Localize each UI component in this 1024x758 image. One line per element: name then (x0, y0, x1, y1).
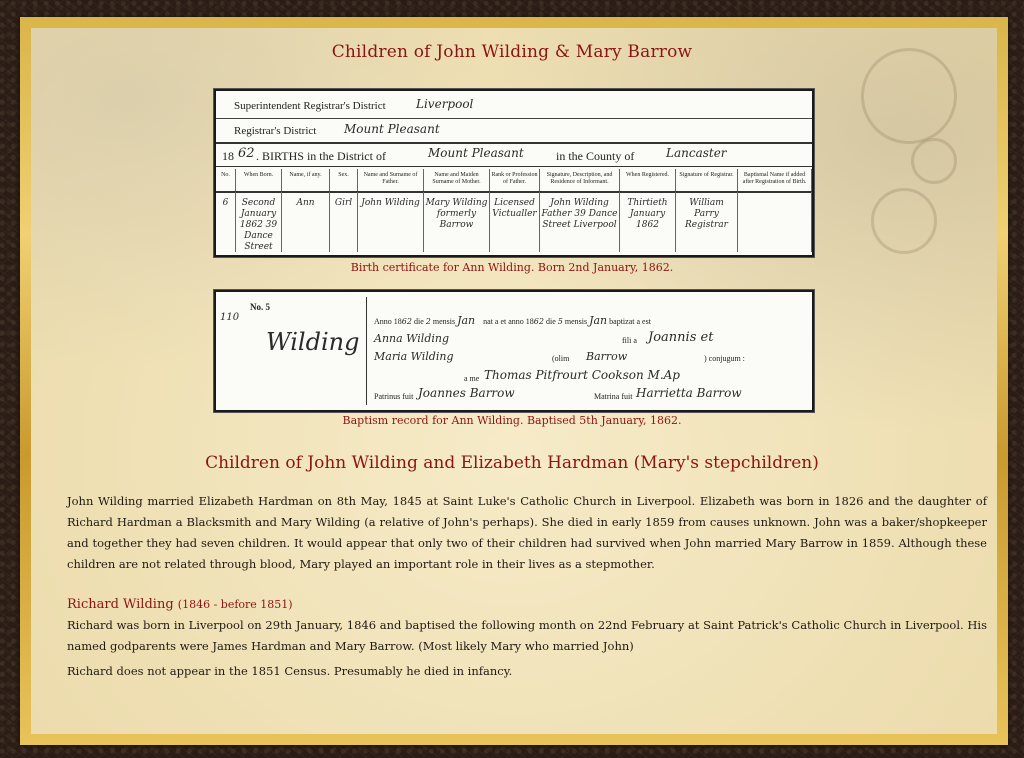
cert-column-header: Signature of Registrar. (676, 169, 738, 191)
mother-name: Maria Wilding (374, 350, 454, 363)
cert-column-header: Name, if any. (282, 169, 330, 191)
father-name: Joannis et (648, 330, 713, 345)
cert-entry-cell: Thirtieth January 1862 (620, 192, 676, 252)
year-suffix: 62 (238, 146, 255, 161)
birth-certificate-image: Superintendent Registrar's District Live… (214, 89, 814, 257)
richard-heading: Richard Wilding (1846 - before 1851) (67, 597, 293, 612)
floral-ornament (861, 48, 957, 144)
cert-column-header: When Registered. (620, 169, 676, 191)
section-title: Children of John Wilding and Elizabeth H… (0, 453, 1024, 473)
birth-certificate-caption: Birth certificate for Ann Wilding. Born … (0, 261, 1024, 274)
surname: Wilding (266, 328, 359, 356)
county-label: in the County of (556, 149, 634, 164)
floral-ornament (911, 138, 957, 184)
cert-entry-cell: Licensed Victualler (490, 192, 540, 252)
godmother-name: Harrietta Barrow (636, 386, 742, 400)
births-label: . BIRTHS in the District of (256, 149, 386, 164)
floral-ornament (871, 188, 937, 254)
cert-entry-cell: John Wilding (358, 192, 424, 252)
entry-number: No. 5 (250, 302, 270, 312)
registrar-label: Registrar's District (234, 125, 316, 137)
cert-entry-cell: Mary Wilding formerly Barrow (424, 192, 490, 252)
district-value: Mount Pleasant (428, 146, 524, 160)
baptism-record-image: 110 No. 5 Wilding Anno 1862 die 2 mensis… (214, 290, 814, 412)
cert-column-header: Baptismal Name if added after Registrati… (738, 169, 812, 191)
child-name: Anna Wilding (374, 332, 449, 345)
cert-entry-cell (738, 192, 812, 252)
cert-column-header: Signature, Description, and Residence of… (540, 169, 620, 191)
cert-entry-cell: Second January 1862 39 Dance Street (236, 192, 282, 252)
cert-column-header: Name and Surname of Father. (358, 169, 424, 191)
cert-column-header: Sex. (330, 169, 358, 191)
richard-paragraph-2: Richard does not appear in the 1851 Cens… (67, 661, 987, 682)
cert-entry-cell: Girl (330, 192, 358, 252)
superintendent-label: Superintendent Registrar's District (234, 100, 386, 112)
cert-entry-cell: William Parry Registrar (676, 192, 738, 252)
priest-name: Thomas Pitfrourt Cookson M.Ap (484, 368, 680, 382)
godfather-name: Joannes Barrow (418, 386, 515, 400)
cert-entry-cell: Ann (282, 192, 330, 252)
cert-entry-cell: John Wilding Father 39 Dance Street Live… (540, 192, 620, 252)
intro-paragraph: John Wilding married Elizabeth Hardman o… (67, 491, 987, 575)
year-prefix: 18 (222, 149, 234, 164)
cert-entry-cell: 6 (216, 192, 236, 252)
cert-column-header: Rank or Profession of Father. (490, 169, 540, 191)
baptism-record-caption: Baptism record for Ann Wilding. Baptised… (0, 414, 1024, 427)
county-value: Lancaster (666, 146, 727, 160)
richard-paragraph-1: Richard was born in Liverpool on 29th Ja… (67, 615, 987, 657)
cert-column-header: Name and Maiden Surname of Mother. (424, 169, 490, 191)
cert-column-header: No. (216, 169, 236, 191)
cert-column-header: When Born. (236, 169, 282, 191)
margin-number: 110 (220, 312, 239, 323)
baptism-date-line: Anno 1862 die 2 mensis Jan nat a et anno… (374, 314, 651, 327)
page-title: Children of John Wilding & Mary Barrow (0, 42, 1024, 62)
registrar-value: Mount Pleasant (344, 122, 440, 136)
maiden-name: Barrow (586, 350, 627, 363)
superintendent-value: Liverpool (416, 97, 473, 111)
